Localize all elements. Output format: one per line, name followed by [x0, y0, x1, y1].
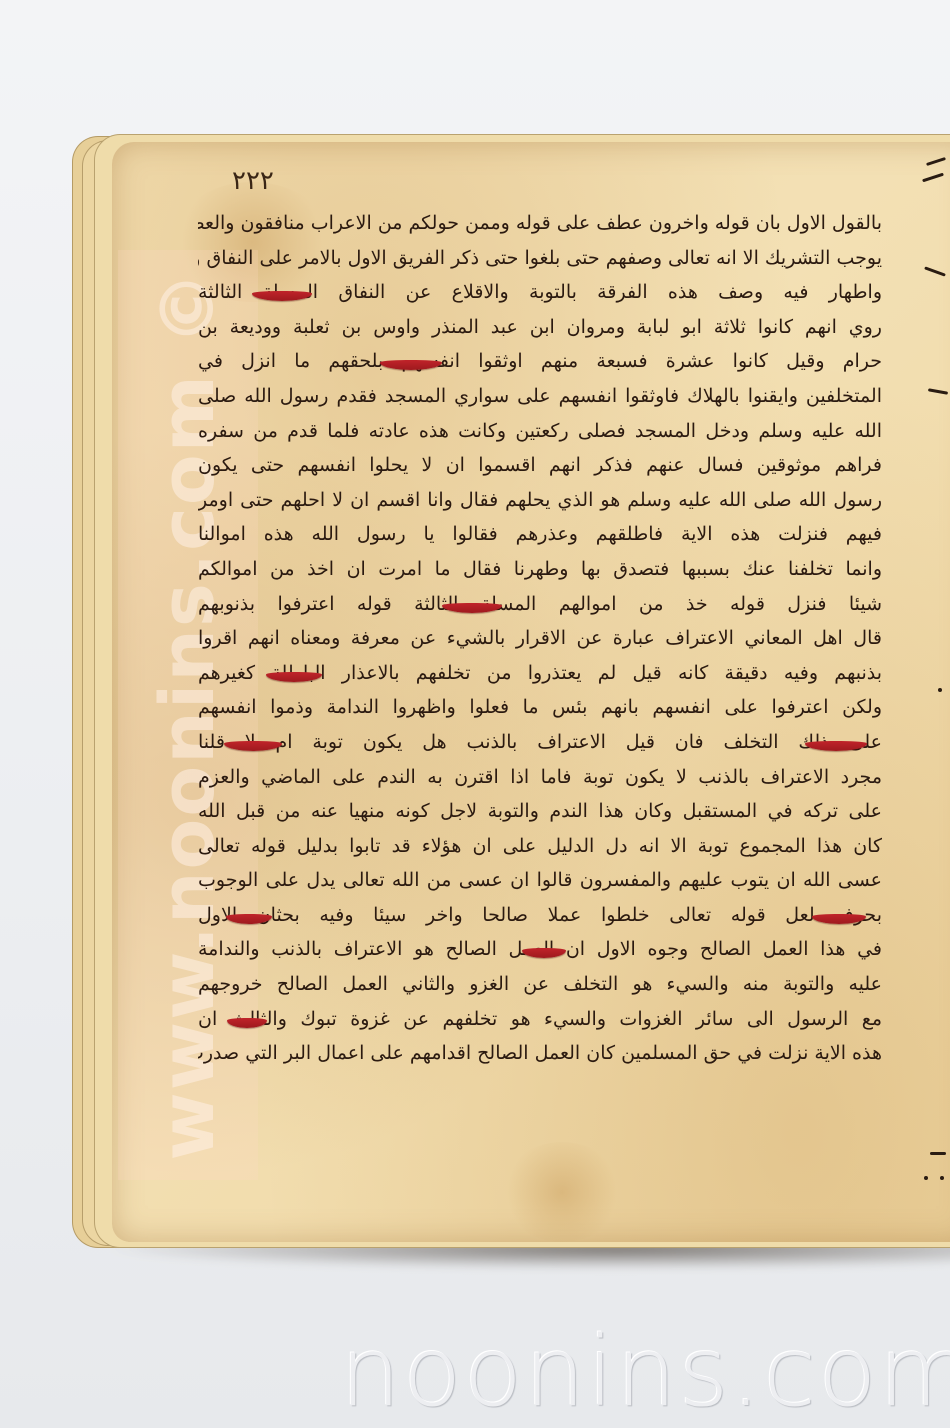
text-line: بحرف لعل قوله تعالى خلطوا عملا صالحا واخ…: [198, 898, 882, 933]
text-line: روي انهم كانوا ثلاثة ابو لبابة ومروان اب…: [198, 310, 882, 345]
facing-page-marks: [918, 140, 950, 1260]
ink-mark: [930, 1152, 946, 1155]
rubrication-mark: [442, 603, 502, 613]
page-number: ٢٢٢: [232, 166, 274, 196]
manuscript-text-block: بالقول الاول بان قوله واخرون عطف على قول…: [198, 206, 882, 1071]
ink-dot: [924, 1176, 928, 1180]
ink-mark: [924, 266, 946, 276]
ink-mark: [928, 388, 948, 394]
rubrication-mark: [266, 672, 322, 682]
text-line: رسول الله صلى الله عليه وسلم هو الذي يحل…: [198, 483, 882, 518]
text-line: يوجب التشريك الا انه تعالى وصفهم حتى بلغ…: [198, 241, 882, 276]
rubrication-mark: [380, 360, 442, 370]
rubrication-mark: [522, 948, 566, 958]
rubrication-mark: [812, 914, 866, 924]
watermark-bottom: noonins.com: [340, 1316, 950, 1428]
rubrication-mark: [805, 741, 867, 751]
rubrication-mark: [226, 914, 272, 924]
text-line: على تركه في المستقبل وكان هذا الندم والت…: [198, 794, 882, 829]
text-line: قال اهل المعاني الاعتراف عبارة عن الاقرا…: [198, 621, 882, 656]
text-line: وانما تخلفنا عنك بسببها فتصدق بها وطهرنا…: [198, 552, 882, 587]
text-line: واطهار فيه وصف هذه الفرقة بالتوبة والاقل…: [198, 275, 882, 310]
text-line: الله عليه وسلم ودخل المسجد فصلى ركعتين و…: [198, 414, 882, 449]
text-line: في هذا العمل الصالح وجوه الاول ان العمل …: [198, 932, 882, 967]
ink-mark: [926, 157, 946, 166]
text-line: فراهم موثوقين فسال عنهم فذكر انهم اقسموا…: [198, 448, 882, 483]
text-line: مع الرسول الى سائر الغزوات والسيء هو تخل…: [198, 1002, 882, 1037]
text-line: حرام وقيل كانوا عشرة فسبعة منهم اوثقوا ا…: [198, 344, 882, 379]
text-line: على ذلك التخلف فان قيل الاعتراف بالذنب ه…: [198, 725, 882, 760]
rubrication-mark: [252, 291, 312, 301]
paper-stain: [502, 1142, 622, 1242]
ink-dot: [940, 1176, 944, 1180]
text-line: هذه الاية نزلت في حق المسلمين كان العمل …: [198, 1036, 882, 1071]
text-line: فيهم فنزلت هذه الاية فاطلقهم وعذرهم فقال…: [198, 517, 882, 552]
ink-dot: [938, 688, 942, 692]
text-line: عسى الله ان يتوب عليهم والمفسرون قالوا ا…: [198, 863, 882, 898]
text-line: كان هذا المجموع توبة الا انه دل الدليل ع…: [198, 829, 882, 864]
text-line: بذنبهم وفيه دقيقة كانه قيل لم يعتذروا من…: [198, 656, 882, 691]
rubrication-mark: [227, 1018, 267, 1028]
text-line: بالقول الاول بان قوله واخرون عطف على قول…: [198, 206, 882, 241]
text-line: مجرد الاعتراف بالذنب لا يكون توبة فاما ا…: [198, 760, 882, 795]
text-line: شيئا فنزل قوله خذ من اموالهم المسلة الثا…: [198, 587, 882, 622]
rubrication-mark: [224, 741, 282, 751]
text-line: عليه والتوبة منه والسيء هو التخلف عن الغ…: [198, 967, 882, 1002]
text-line: المتخلفين وايقنوا بالهلاك فاوثقوا انفسهم…: [198, 379, 882, 414]
text-line: ولكن اعترفوا على انفسهم بانهم بئس ما فعل…: [198, 690, 882, 725]
ink-mark: [922, 173, 944, 183]
